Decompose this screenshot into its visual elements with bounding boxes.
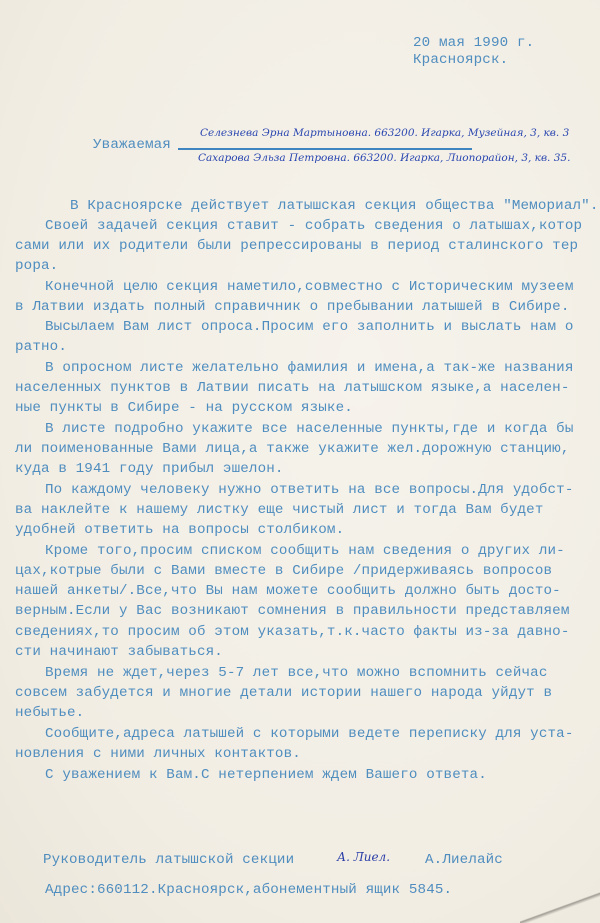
body-line: верным.Если у Вас возникают сомнения в п… <box>15 604 570 618</box>
body-line: С уважением к Вам.С нетерпением ждем Ваш… <box>45 768 487 782</box>
handwritten-signature: А. Лиел. <box>337 850 390 864</box>
body-line: небытье. <box>15 706 84 720</box>
body-line: сами или их родители были репрессированы… <box>15 239 578 253</box>
letter-city: Красноярск. <box>413 53 508 67</box>
body-line: Конечной целю секция наметило,совместно … <box>45 280 574 294</box>
body-line: В листе подробно укажите все населенные … <box>45 422 574 436</box>
addressee-underline <box>178 148 472 150</box>
return-address: Адрес:660112.Красноярск,абонементный ящи… <box>45 883 452 897</box>
body-line: Кроме того,просим списком сообщить нам с… <box>45 544 565 558</box>
body-line: Сообщите,адреса латышей с которыми ведет… <box>45 727 574 741</box>
body-line: цах,котрые были с Вами вместе в Сибире /… <box>15 564 552 578</box>
body-line: Время не ждет,через 5-7 лет все,что можн… <box>45 666 548 680</box>
body-line: В опросном листе желательно фамилия и им… <box>45 361 574 375</box>
body-line: нашей анкеты/.Все,что Вы нам можете сооб… <box>15 584 561 598</box>
body-line: совсем забудется и многие детали истории… <box>15 686 552 700</box>
paper-corner-crease <box>520 883 600 923</box>
body-line: В Красноярске действует латышская секция… <box>70 199 599 213</box>
body-line: ные пункты в Сибире - на русском языке. <box>15 401 353 415</box>
body-line: сти начинают забываться. <box>15 645 223 659</box>
signature-title: Руководитель латышской секции <box>43 853 294 867</box>
body-line: сведениях,то просим об этом указать,т.к.… <box>15 625 570 639</box>
body-line: в Латвии издать полный справичник о преб… <box>15 300 570 314</box>
body-line: рора. <box>15 259 58 273</box>
body-line: ли поименованные Вами лица,а также укажи… <box>15 442 570 456</box>
body-line: населенных пунктов в Латвии писать на ла… <box>15 381 570 395</box>
body-line: Высылаем Вам лист опроса.Просим его запо… <box>45 320 574 334</box>
salutation: Уважаемая <box>93 138 171 152</box>
letter-date: 20 мая 1990 г. <box>413 36 534 50</box>
signatory-name: А.Лиелайс <box>425 853 503 867</box>
body-line: новления с ними личных контактов. <box>15 747 301 761</box>
body-line: удобней ответить на вопросы столбиком. <box>15 523 344 537</box>
handwritten-addressee-2: Сахарова Эльза Петровна. 663200. Игарка,… <box>198 152 570 164</box>
body-line: куда в 1941 году прибыл эшелон. <box>15 462 284 476</box>
body-line: ратно. <box>15 340 67 354</box>
body-line: Своей задачей секция ставит - собрать св… <box>45 219 582 233</box>
body-line: ва наклейте к нашему листку еще чистый л… <box>15 503 544 517</box>
handwritten-addressee-1: Селезнева Эрна Мартыновна. 663200. Игарк… <box>200 127 569 139</box>
body-line: По каждому человеку нужно ответить на вс… <box>45 483 574 497</box>
